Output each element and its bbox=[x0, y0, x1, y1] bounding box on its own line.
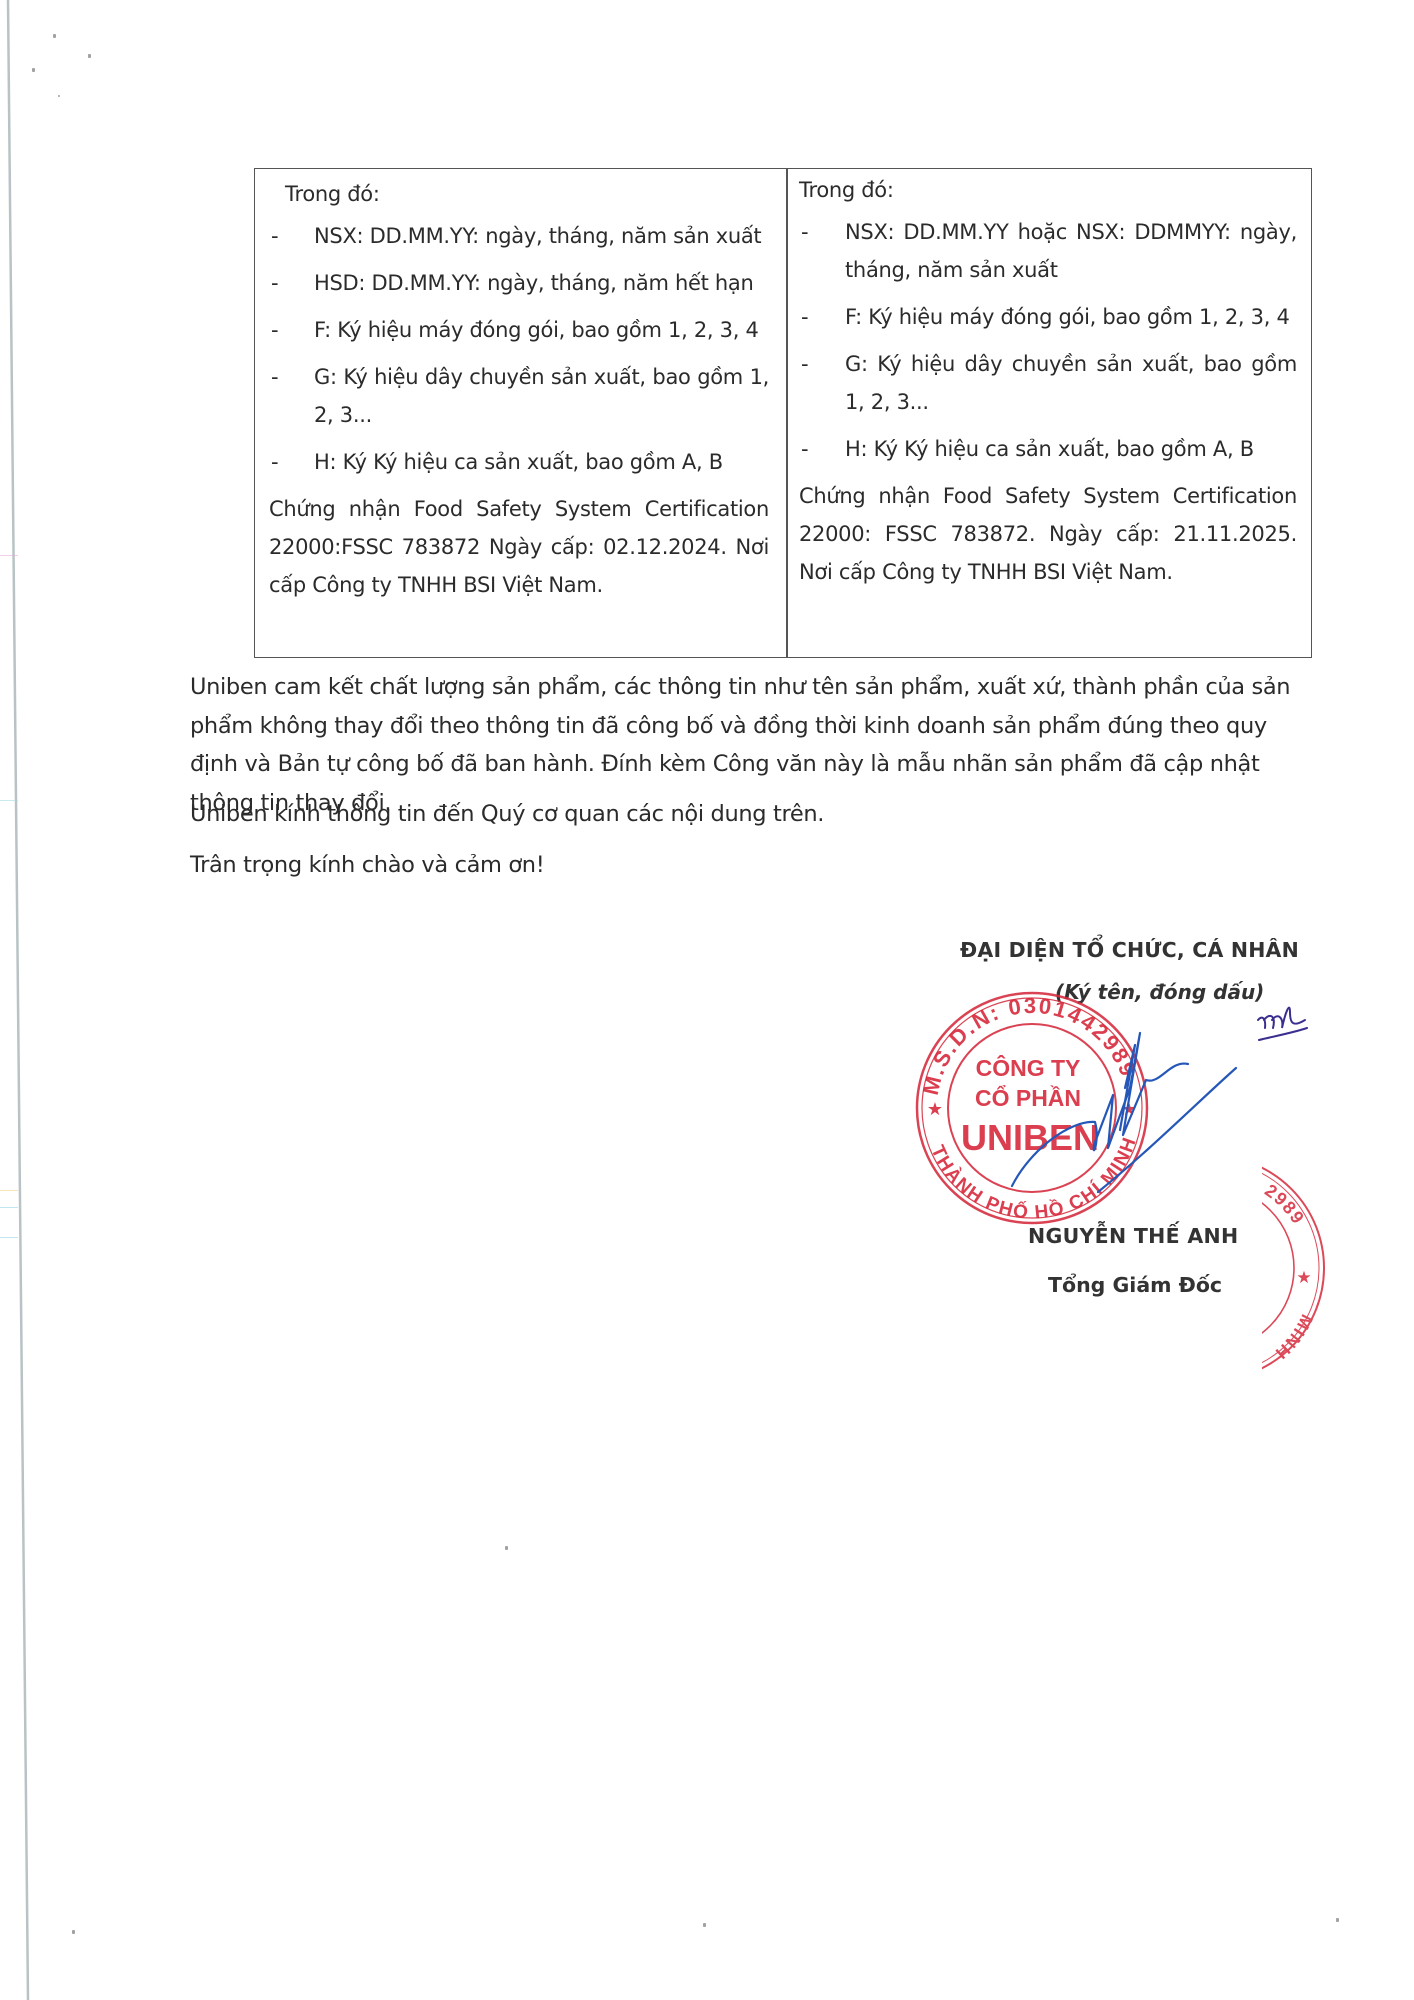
scan-tint-mark bbox=[0, 555, 18, 556]
table-cell-new: Trong đó: -NSX: DD.MM.YY hoặc NSX: DDMMY… bbox=[799, 169, 1297, 657]
comparison-table: Trong đó: -NSX: DD.MM.YY: ngày, tháng, n… bbox=[254, 168, 1312, 658]
certification-text: Chứng nhận Food Safety System Certificat… bbox=[799, 477, 1297, 591]
svg-text:2989: 2989 bbox=[1261, 1180, 1308, 1228]
list-item: -F: Ký hiệu máy đóng gói, bao gồm 1, 2, … bbox=[799, 298, 1297, 336]
list-item: -NSX: DD.MM.YY: ngày, tháng, năm sản xuấ… bbox=[269, 217, 769, 255]
scan-speck bbox=[703, 1923, 706, 1927]
cell-heading: Trong đó: bbox=[285, 175, 769, 213]
scan-tint-mark bbox=[0, 800, 18, 801]
list-item: -F: Ký hiệu máy đóng gói, bao gồm 1, 2, … bbox=[269, 311, 769, 349]
scan-speck bbox=[1336, 1918, 1339, 1922]
seal-main bbox=[917, 993, 1147, 1223]
scan-tint-mark bbox=[0, 1207, 18, 1208]
svg-text:★: ★ bbox=[1121, 1099, 1137, 1119]
signer-name: NGUYỄN THẾ ANH bbox=[1028, 1224, 1238, 1248]
scan-speck bbox=[53, 34, 56, 38]
svg-text:CÔNG TY: CÔNG TY bbox=[976, 1054, 1081, 1081]
svg-text:★: ★ bbox=[927, 1099, 943, 1119]
table-cell-old: Trong đó: -NSX: DD.MM.YY: ngày, tháng, n… bbox=[269, 169, 769, 657]
notice-paragraph: Uniben kính thông tin đến Quý cơ quan cá… bbox=[190, 795, 1320, 834]
seal-partial: 2989 MINH ★ bbox=[1100, 1156, 1324, 1380]
svg-text:UNIBEN: UNIBEN bbox=[961, 1117, 1099, 1158]
scan-speck bbox=[505, 1546, 508, 1550]
list-item: -G: Ký hiệu dây chuyền sản xuất, bao gồm… bbox=[799, 345, 1297, 421]
list-item: -HSD: DD.MM.YY: ngày, tháng, năm hết hạn bbox=[269, 264, 769, 302]
scan-speck bbox=[32, 68, 35, 72]
initials-mark bbox=[1258, 1008, 1307, 1040]
svg-text:CỔ PHẦN: CỔ PHẦN bbox=[975, 1084, 1081, 1111]
svg-text:MINH: MINH bbox=[1271, 1311, 1317, 1363]
list-item: -NSX: DD.MM.YY hoặc NSX: DDMMYY: ngày, t… bbox=[799, 213, 1297, 289]
list-item: -H: Ký Ký hiệu ca sản xuất, bao gồm A, B bbox=[269, 443, 769, 481]
scan-speck bbox=[58, 95, 60, 97]
list-item: -H: Ký Ký hiệu ca sản xuất, bao gồm A, B bbox=[799, 430, 1297, 468]
scan-tint-mark bbox=[0, 1190, 18, 1191]
svg-text:★: ★ bbox=[1296, 1268, 1311, 1287]
signature-note: (Ký tên, đóng dấu) bbox=[1055, 980, 1264, 1004]
handwritten-signature bbox=[1012, 1033, 1236, 1192]
scan-speck bbox=[88, 54, 91, 58]
cell-heading: Trong đó: bbox=[799, 171, 1297, 209]
scan-tint-mark bbox=[0, 1237, 18, 1238]
svg-text:M.S.D.N: 0301442989: M.S.D.N: 0301442989 bbox=[918, 993, 1142, 1097]
scan-speck bbox=[72, 1930, 75, 1934]
signer-role: Tổng Giám Đốc bbox=[1048, 1273, 1222, 1297]
column-divider bbox=[786, 169, 788, 657]
signature-title: ĐẠI DIỆN TỔ CHỨC, CÁ NHÂN bbox=[960, 938, 1299, 962]
certification-text: Chứng nhận Food Safety System Certificat… bbox=[269, 490, 769, 604]
svg-text:THÀNH PHỐ HỒ CHÍ MINH: THÀNH PHỐ HỒ CHÍ MINH bbox=[926, 1134, 1141, 1224]
scan-edge-line bbox=[0, 0, 40, 2000]
closing-paragraph: Trân trọng kính chào và cảm ơn! bbox=[190, 846, 1320, 885]
list-item: -G: Ký hiệu dây chuyền sản xuất, bao gồm… bbox=[269, 358, 769, 434]
